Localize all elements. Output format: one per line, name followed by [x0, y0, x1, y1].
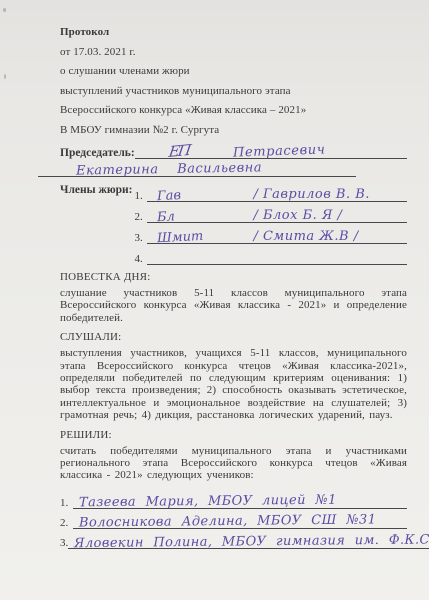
jury-member-name-handwritten: / Гаврилов В. В. [253, 188, 407, 201]
decided-heading: РЕШИЛИ: [60, 429, 407, 442]
winner-row: 2. Волосникова Аделина, МБОУ СШ №31 [60, 509, 407, 529]
jury-member-name-handwritten: / Смита Ж.В / [253, 230, 407, 243]
chairman-surname-handwritten: Петрасевич [233, 143, 326, 159]
winner-row: 3. Яловекин Полина, МБОУ гимназия им. Ф.… [60, 529, 407, 549]
jury-member-row: 4. [134, 244, 407, 265]
jury-member-row: 2. Бл / Блох Б. Я / [134, 202, 407, 223]
agenda-heading: ПОВЕСТКА ДНЯ: [60, 271, 407, 284]
scan-speck [3, 8, 6, 12]
document-subtitle-2: выступлений участников муниципального эт… [60, 85, 407, 98]
decided-text: считать победителями муниципального этап… [60, 445, 407, 482]
chairman-row: Председатель: ЕП Петрасевич [60, 143, 407, 159]
jury-signature-line: Гав / Гаврилов В. В. [147, 187, 407, 202]
winner-name-handwritten: Яловекин Полина, МБОУ гимназия им. Ф.К.С… [68, 533, 429, 551]
chairman-signature: ЕП [168, 144, 190, 159]
jury-signature-line: Шмит / Смита Ж.В / [147, 229, 407, 244]
winner-name-handwritten: Тазеева Мария, МБОУ лицей №1 [73, 493, 337, 509]
jury-member-number: 1. [134, 190, 147, 202]
chairman-name-line: Екатерина Васильевна [38, 159, 356, 177]
document-location: В МБОУ гимназии №2 г. Сургута [60, 124, 407, 137]
winner-row: 1. Тазеева Мария, МБОУ лицей №1 [60, 489, 407, 509]
chairman-label: Председатель: [60, 147, 135, 159]
winner-line: Тазеева Мария, МБОУ лицей №1 [73, 494, 407, 509]
winner-number: 2. [60, 517, 73, 529]
chairman-signature-line: ЕП Петрасевич [135, 144, 407, 159]
jury-member-signature [148, 261, 254, 267]
jury-member-number: 3. [134, 232, 147, 244]
jury-member-number: 2. [134, 211, 147, 223]
jury-member-row: 1. Гав / Гаврилов В. В. [134, 181, 407, 202]
chairman-name-handwritten: Екатерина Васильевна [76, 161, 262, 177]
jury-member-signature: Шмит [147, 227, 254, 246]
agenda-text: слушание участников 5-11 классов муницип… [60, 287, 407, 324]
winner-line: Волосникова Аделина, МБОУ СШ №31 [73, 514, 407, 529]
winner-number: 1. [60, 497, 73, 509]
jury-signature-line-empty [147, 250, 407, 265]
document-header: Протокол от 17.03. 2021 г. о слушании чл… [60, 26, 407, 137]
jury-member-signature: Бл [147, 206, 254, 225]
jury-label: Члены жюри: [60, 181, 132, 265]
protocol-document: Протокол от 17.03. 2021 г. о слушании чл… [0, 0, 429, 600]
winners-list: 1. Тазеева Мария, МБОУ лицей №1 2. Волос… [60, 489, 407, 549]
heard-text: выступления участников, учащихся 5-11 кл… [60, 347, 407, 421]
document-date: от 17.03. 2021 г. [60, 46, 407, 59]
document-subtitle-3: Всероссийского конкурса «Живая классика … [60, 104, 407, 117]
heard-heading: СЛУШАЛИ: [60, 331, 407, 344]
winner-name-handwritten: Волосникова Аделина, МБОУ СШ №31 [73, 513, 376, 529]
jury-member-number: 4. [134, 253, 147, 265]
jury-member-signature: Гав [147, 185, 254, 204]
scan-speck [4, 74, 6, 79]
winner-line: Яловекин Полина, МБОУ гимназия им. Ф.К.С… [68, 534, 429, 549]
document-subtitle-1: о слушании членами жюри [60, 65, 407, 78]
jury-member-name-handwritten: / Блох Б. Я / [253, 209, 407, 222]
jury-member-row: 3. Шмит / Смита Ж.В / [134, 223, 407, 244]
jury-section: Члены жюри: 1. Гав / Гаврилов В. В. 2. Б… [60, 181, 407, 265]
document-title: Протокол [60, 26, 407, 39]
jury-signature-line: Бл / Блох Б. Я / [147, 208, 407, 223]
jury-list: 1. Гав / Гаврилов В. В. 2. Бл / Блох Б. … [134, 181, 407, 265]
